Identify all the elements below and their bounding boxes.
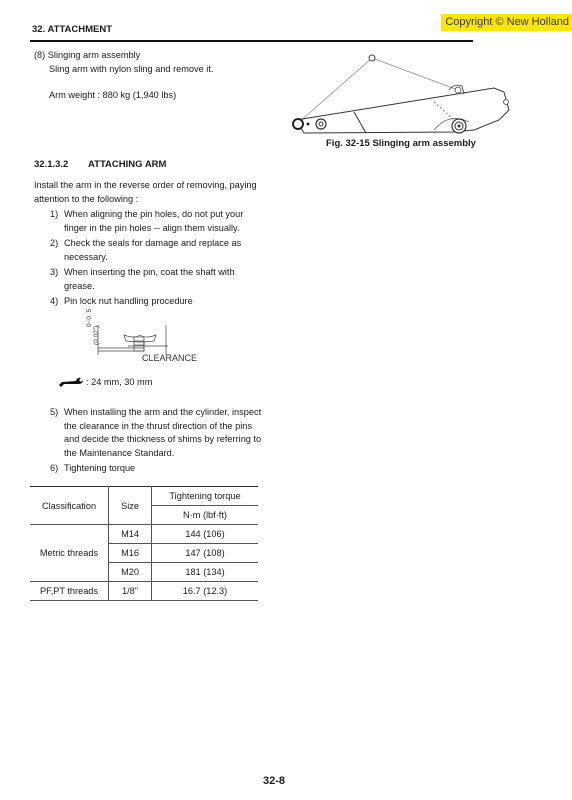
item-text: necessary. [64,251,241,265]
cell-size: M16 [109,544,152,563]
header-divider [30,40,473,42]
cell-size: M20 [109,563,152,582]
item-text: the clearance in the thrust direction of… [64,420,261,434]
procedure-list-b: 5)When installing the arm and the cylind… [50,406,261,476]
item-number: 1) [50,208,64,235]
item-text: Check the seals for damage and replace a… [64,237,241,251]
wrench-icon [58,376,84,388]
item-text: When aligning the pin holes, do not put … [64,208,243,222]
cell-size: 1/8" [109,582,152,601]
item-number: 5) [50,406,64,460]
intro-line: attention to the following : [34,193,257,207]
item-text: and decide the thickness of shims by ref… [64,433,261,447]
item-number: 6) [50,462,64,476]
clearance-dimension-inch: (0.02") [93,326,100,345]
item-number: 3) [50,266,64,293]
figure-caption: Fig. 32-15 Slinging arm assembly [326,138,476,149]
cell-classification: PF,PT threads [30,582,109,601]
header-unit: N·m (lbf·ft) [152,506,259,525]
procedure-list-a: 1)When aligning the pin holes, do not pu… [50,208,243,309]
header-size: Size [109,487,152,525]
clearance-label: CLEARANCE [142,353,197,363]
item-text: When installing the arm and the cylinder… [64,406,261,420]
item-text: the Maintenance Standard. [64,447,261,461]
cell-size: M14 [109,525,152,544]
copyright-badge: Copyright © New Holland [441,14,572,31]
intro-line: Install the arm in the reverse order of … [34,179,257,193]
item-text: grease. [64,280,235,294]
item-number: 2) [50,237,64,264]
subsection-title: ATTACHING ARM [88,159,166,170]
cell-torque: 147 (108) [152,544,259,563]
list-item: 6)Tightening torque [50,462,261,476]
list-item: 2)Check the seals for damage and replace… [50,237,243,264]
item-text: finger in the pin holes -- align them vi… [64,222,243,236]
arm-weight: Arm weight : 880 kg (1,940 lbs) [34,89,213,103]
section-heading: 32. ATTACHMENT [32,24,112,35]
cell-torque: 16.7 (12.3) [152,582,259,601]
header-classification: Classification [30,487,109,525]
subsection-heading: 32.1.3.2ATTACHING ARM [34,159,166,170]
step-instruction: Sling arm with nylon sling and remove it… [34,63,213,77]
page-number: 32-8 [263,775,285,787]
cell-torque: 144 (106) [152,525,259,544]
subsection-intro: Install the arm in the reverse order of … [34,179,257,206]
list-item: 5)When installing the arm and the cylind… [50,406,261,460]
subsection-number: 32.1.3.2 [34,159,88,170]
cell-torque: 181 (134) [152,563,259,582]
item-text: When inserting the pin, coat the shaft w… [64,266,235,280]
dimension-mm: 0~0. 5 [86,309,93,327]
header-torque: Tightening torque [152,487,259,506]
list-item: 4)Pin lock nut handling procedure [50,295,243,309]
torque-table: Classification Size Tightening torque N·… [30,486,258,601]
step-8: (8) Slinging arm assembly Sling arm with… [34,49,213,103]
wrench-spec: : 24 mm, 30 mm [58,376,152,388]
wrench-size-text: : 24 mm, 30 mm [86,377,152,387]
item-text: Pin lock nut handling procedure [64,295,193,309]
list-item: 1)When aligning the pin holes, do not pu… [50,208,243,235]
table-row: Metric threads M14 144 (106) [30,525,258,544]
table-row: PF,PT threads 1/8" 16.7 (12.3) [30,582,258,601]
list-item: 3)When inserting the pin, coat the shaft… [50,266,243,293]
slinging-arm-figure [284,50,528,140]
item-text: Tightening torque [64,462,135,476]
step-number: (8) [34,50,45,60]
item-number: 4) [50,295,64,309]
step-title: Slinging arm assembly [48,50,140,60]
clearance-dimension: 0~0. 5 [86,309,93,327]
cell-classification: Metric threads [30,525,109,582]
